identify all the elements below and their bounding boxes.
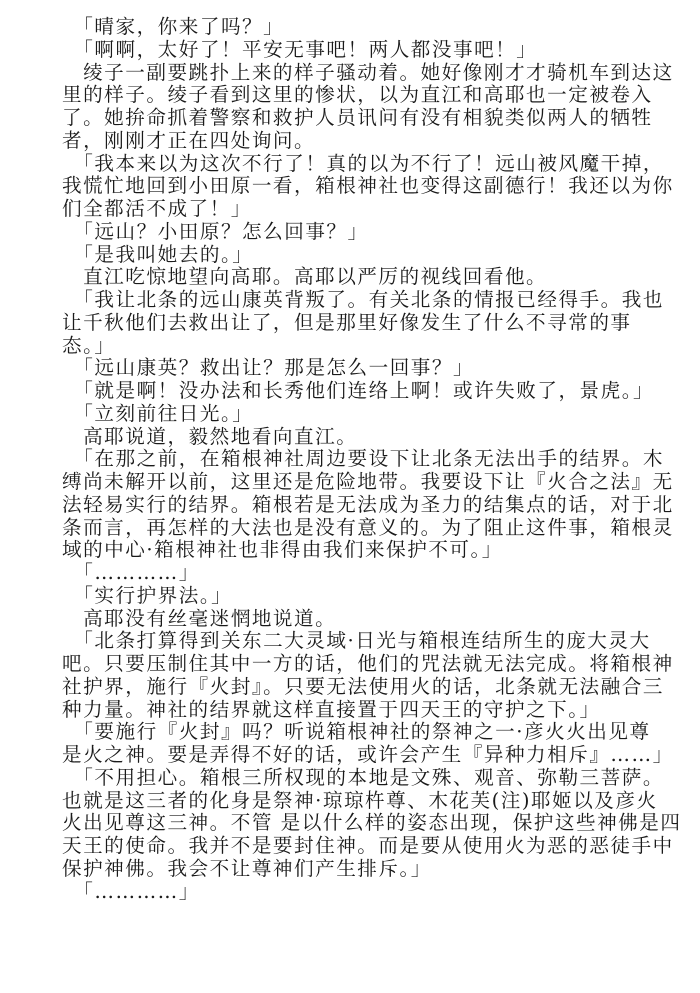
text-line: 「远山康英？救出让？那是怎么一回事？」	[62, 357, 662, 380]
text-line: 「远山？小田原？怎么回事？」	[62, 221, 662, 244]
text-line: 高耶说道，毅然地看向直江。	[62, 426, 662, 449]
text-line: 「…………」	[62, 562, 662, 585]
text-line: 了。她拚命抓着警察和救护人员讯问有没有相貌类似两人的牺牲	[62, 107, 662, 130]
dialogue-paragraph: 「…………」	[62, 562, 662, 585]
dialogue-paragraph: 「立刻前往日光。」	[62, 403, 662, 426]
text-line: 「我本来以为这次不行了！真的以为不行了！远山被风魔干掉，	[62, 153, 662, 176]
narration-paragraph: 直江吃惊地望向高耶。高耶以严厉的视线回看他。	[62, 266, 662, 289]
text-line: 「…………」	[62, 881, 662, 904]
text-line: 们全都活不成了！」	[62, 198, 662, 221]
text-line: 种力量。神社的结界就这样直接置于四天王的守护之下。」	[62, 699, 662, 722]
text-line: 让千秋他们去救出让了，但是那里好像发生了什么不寻常的事	[62, 312, 662, 335]
dialogue-paragraph: 「就是啊！没办法和长秀他们连络上啊！或许失败了，景虎。」	[62, 380, 662, 403]
dialogue-paragraph: 「要施行『火封』吗？听说箱根神社的祭神之一·彦火火出见尊是火之神。要是弄得不好的…	[62, 721, 662, 767]
text-line: 高耶没有丝毫迷惘地说道。	[62, 608, 662, 631]
narration-paragraph: 高耶没有丝毫迷惘地说道。	[62, 608, 662, 631]
text-line: 里的样子。绫子看到这里的惨状，以为直江和高耶也一定被卷入	[62, 84, 662, 107]
dialogue-paragraph: 「…………」	[62, 881, 662, 904]
text-line: 「啊啊，太好了！平安无事吧！两人都没事吧！」	[62, 39, 662, 62]
text-line: 「就是啊！没办法和长秀他们连络上啊！或许失败了，景虎。」	[62, 380, 662, 403]
text-line: 法轻易实行的结界。箱根若是无法成为圣力的结集点的话，对于北	[62, 494, 662, 517]
narration-paragraph: 绫子一副要跳扑上来的样子骚动着。她好像刚才才骑机车到达这里的样子。绫子看到这里的…	[62, 62, 662, 153]
text-line: 「不用担心。箱根三所权现的本地是文殊、观音、弥勒三菩萨。	[62, 767, 662, 790]
dialogue-paragraph: 「在那之前，在箱根神社周边要设下让北条无法出手的结界。木缚尚未解开以前，这里还是…	[62, 448, 662, 562]
dialogue-paragraph: 「实行护界法。」	[62, 585, 662, 608]
dialogue-paragraph: 「不用担心。箱根三所权现的本地是文殊、观音、弥勒三菩萨。也就是这三者的化身是祭神…	[62, 767, 662, 881]
text-line: 「在那之前，在箱根神社周边要设下让北条无法出手的结界。木	[62, 448, 662, 471]
document-page: 「晴家，你来了吗？」 「啊啊，太好了！平安无事吧！两人都没事吧！」 绫子一副要跳…	[62, 16, 662, 903]
text-line: 「北条打算得到关东二大灵域·日光与箱根连结所生的庞大灵大	[62, 630, 662, 653]
text-line: 「立刻前往日光。」	[62, 403, 662, 426]
text-line: 态。」	[62, 335, 662, 358]
text-line: 绫子一副要跳扑上来的样子骚动着。她好像刚才才骑机车到达这	[62, 62, 662, 85]
text-line: 火出见尊这三神。不管 是以什么样的姿态出现，保护这些神佛是四	[62, 812, 662, 835]
text-line: 我慌忙地回到小田原一看，箱根神社也变得这副德行！我还以为你	[62, 175, 662, 198]
text-line: 缚尚未解开以前，这里还是危险地带。我要设下让『火合之法』无	[62, 471, 662, 494]
text-line: 保护神佛。我会不让尊神们产生排斥。」	[62, 858, 662, 881]
dialogue-paragraph: 「我让北条的远山康英背叛了。有关北条的情报已经得手。我也让千秋他们去救出让了，但…	[62, 289, 662, 357]
text-line: 「我让北条的远山康英背叛了。有关北条的情报已经得手。我也	[62, 289, 662, 312]
text-line: 「是我叫她去的。」	[62, 244, 662, 267]
dialogue-paragraph: 「啊啊，太好了！平安无事吧！两人都没事吧！」	[62, 39, 662, 62]
text-line: 社护界，施行『火封』。只要无法使用火的话，北条就无法融合三	[62, 676, 662, 699]
text-line: 天王的使命。我并不是要封住神。而是要从使用火为恶的恶徒手中	[62, 835, 662, 858]
dialogue-paragraph: 「我本来以为这次不行了！真的以为不行了！远山被风魔干掉，我慌忙地回到小田原一看，…	[62, 153, 662, 221]
dialogue-paragraph: 「北条打算得到关东二大灵域·日光与箱根连结所生的庞大灵大吧。只要压制住其中一方的…	[62, 630, 662, 721]
text-line: 「要施行『火封』吗？听说箱根神社的祭神之一·彦火火出见尊	[62, 721, 662, 744]
dialogue-paragraph: 「远山康英？救出让？那是怎么一回事？」	[62, 357, 662, 380]
dialogue-paragraph: 「是我叫她去的。」	[62, 244, 662, 267]
text-line: 者，刚刚才正在四处询问。	[62, 130, 662, 153]
narration-paragraph: 高耶说道，毅然地看向直江。	[62, 426, 662, 449]
text-line: 直江吃惊地望向高耶。高耶以严厉的视线回看他。	[62, 266, 662, 289]
dialogue-paragraph: 「晴家，你来了吗？」	[62, 16, 662, 39]
text-line: 条而言，再怎样的大法也是没有意义的。为了阻止这件事，箱根灵	[62, 517, 662, 540]
text-line: 也就是这三者的化身是祭神·琼琼杵尊、木花芙(注)耶姬以及彦火	[62, 790, 662, 813]
text-line: 吧。只要压制住其中一方的话，他们的咒法就无法完成。将箱根神	[62, 653, 662, 676]
text-line: 是火之神。要是弄得不好的话，或许会产生『异种力相斥』……」	[62, 744, 662, 767]
dialogue-paragraph: 「远山？小田原？怎么回事？」	[62, 221, 662, 244]
text-line: 「实行护界法。」	[62, 585, 662, 608]
text-line: 域的中心·箱根神社也非得由我们来保护不可。」	[62, 539, 662, 562]
text-line: 「晴家，你来了吗？」	[62, 16, 662, 39]
